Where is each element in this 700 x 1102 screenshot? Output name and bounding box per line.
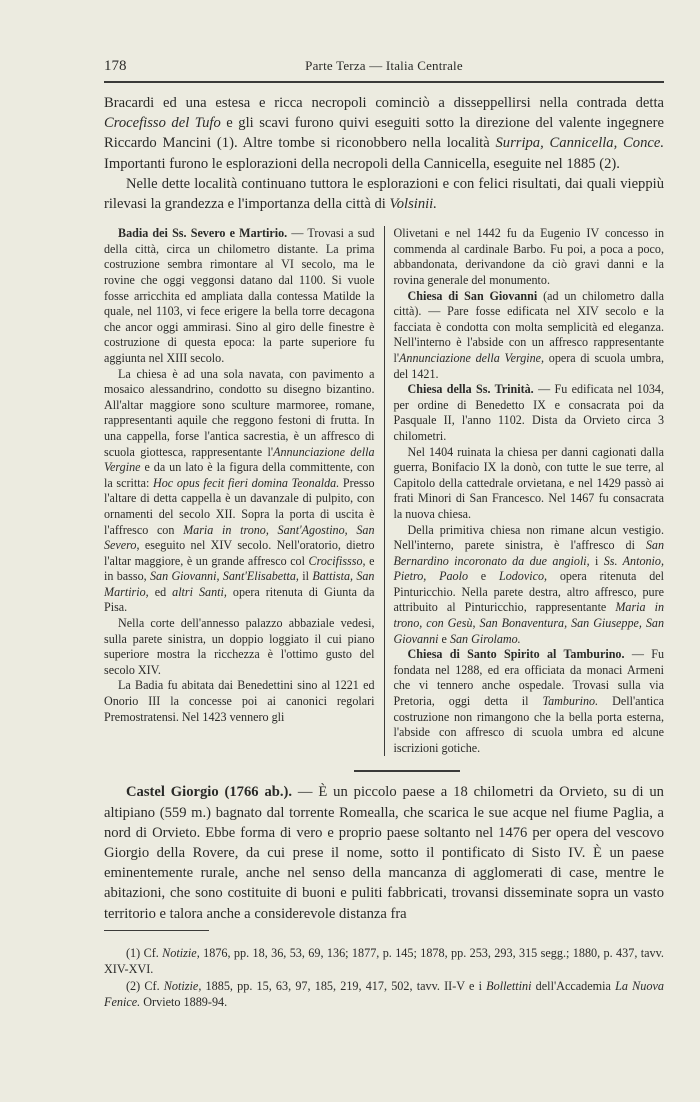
footnotes: (1) Cf. Notizie, 1876, pp. 18, 36, 53, 6…	[104, 945, 664, 1011]
right-column: Olivetani e nel 1442 fu da Eugenio IV co…	[384, 226, 665, 756]
castel-giorgio-section: Castel Giorgio (1766 ab.). — È un piccol…	[104, 782, 664, 923]
running-title: Parte Terza — Italia Centrale	[144, 58, 664, 74]
badia-paragraph: Badia dei Ss. Severo e Martirio. — Trova…	[104, 226, 375, 366]
page-header: 178 Parte Terza — Italia Centrale	[104, 58, 664, 80]
intro-paragraph-1: Bracardi ed una estesa e ricca necropoli…	[104, 93, 664, 174]
page-number: 178	[104, 58, 144, 75]
footnote-2: (2) Cf. Notizie, 1885, pp. 15, 63, 97, 1…	[104, 978, 664, 1011]
olivetani-paragraph: Olivetani e nel 1442 fu da Eugenio IV co…	[394, 226, 665, 288]
ruinata-paragraph: Nel 1404 ruinata la chiesa per danni cag…	[394, 445, 665, 523]
corte-paragraph: Nella corte dell'annesso palazzo abbazia…	[104, 616, 375, 678]
intro-paragraph-2: Nelle dette località continuano tuttora …	[104, 174, 664, 214]
book-page: 178 Parte Terza — Italia Centrale Bracar…	[104, 58, 664, 1011]
two-column-section: Badia dei Ss. Severo e Martirio. — Trova…	[104, 226, 664, 756]
trinita-heading: Chiesa della Ss. Trinità.	[408, 382, 534, 396]
trinita-paragraph: Chiesa della Ss. Trinità. — Fu edificata…	[394, 382, 665, 444]
footnote-rule	[104, 930, 209, 931]
castel-giorgio-paragraph: Castel Giorgio (1766 ab.). — È un piccol…	[104, 782, 664, 923]
section-divider	[354, 770, 460, 772]
santo-spirito-paragraph: Chiesa di Santo Spirito al Tamburino. — …	[394, 647, 665, 756]
left-column: Badia dei Ss. Severo e Martirio. — Trova…	[104, 226, 384, 756]
san-giovanni-paragraph: Chiesa di San Giovanni (ad un chilometro…	[394, 289, 665, 383]
benedettini-paragraph: La Badia fu abitata dai Benedettini sino…	[104, 678, 375, 725]
primitiva-paragraph: Della primitiva chiesa non rimane alcun …	[394, 523, 665, 648]
san-giovanni-heading: Chiesa di San Giovanni	[408, 289, 538, 303]
header-rule	[104, 81, 664, 83]
castel-giorgio-heading: Castel Giorgio (1766 ab.).	[126, 784, 292, 800]
footnote-1: (1) Cf. Notizie, 1876, pp. 18, 36, 53, 6…	[104, 945, 664, 978]
badia-heading: Badia dei Ss. Severo e Martirio.	[118, 226, 287, 240]
chiesa-paragraph: La chiesa è ad una sola navata, con pavi…	[104, 367, 375, 617]
santo-spirito-heading: Chiesa di Santo Spirito al Tamburino.	[408, 647, 625, 661]
intro-text: Bracardi ed una estesa e ricca necropoli…	[104, 93, 664, 214]
